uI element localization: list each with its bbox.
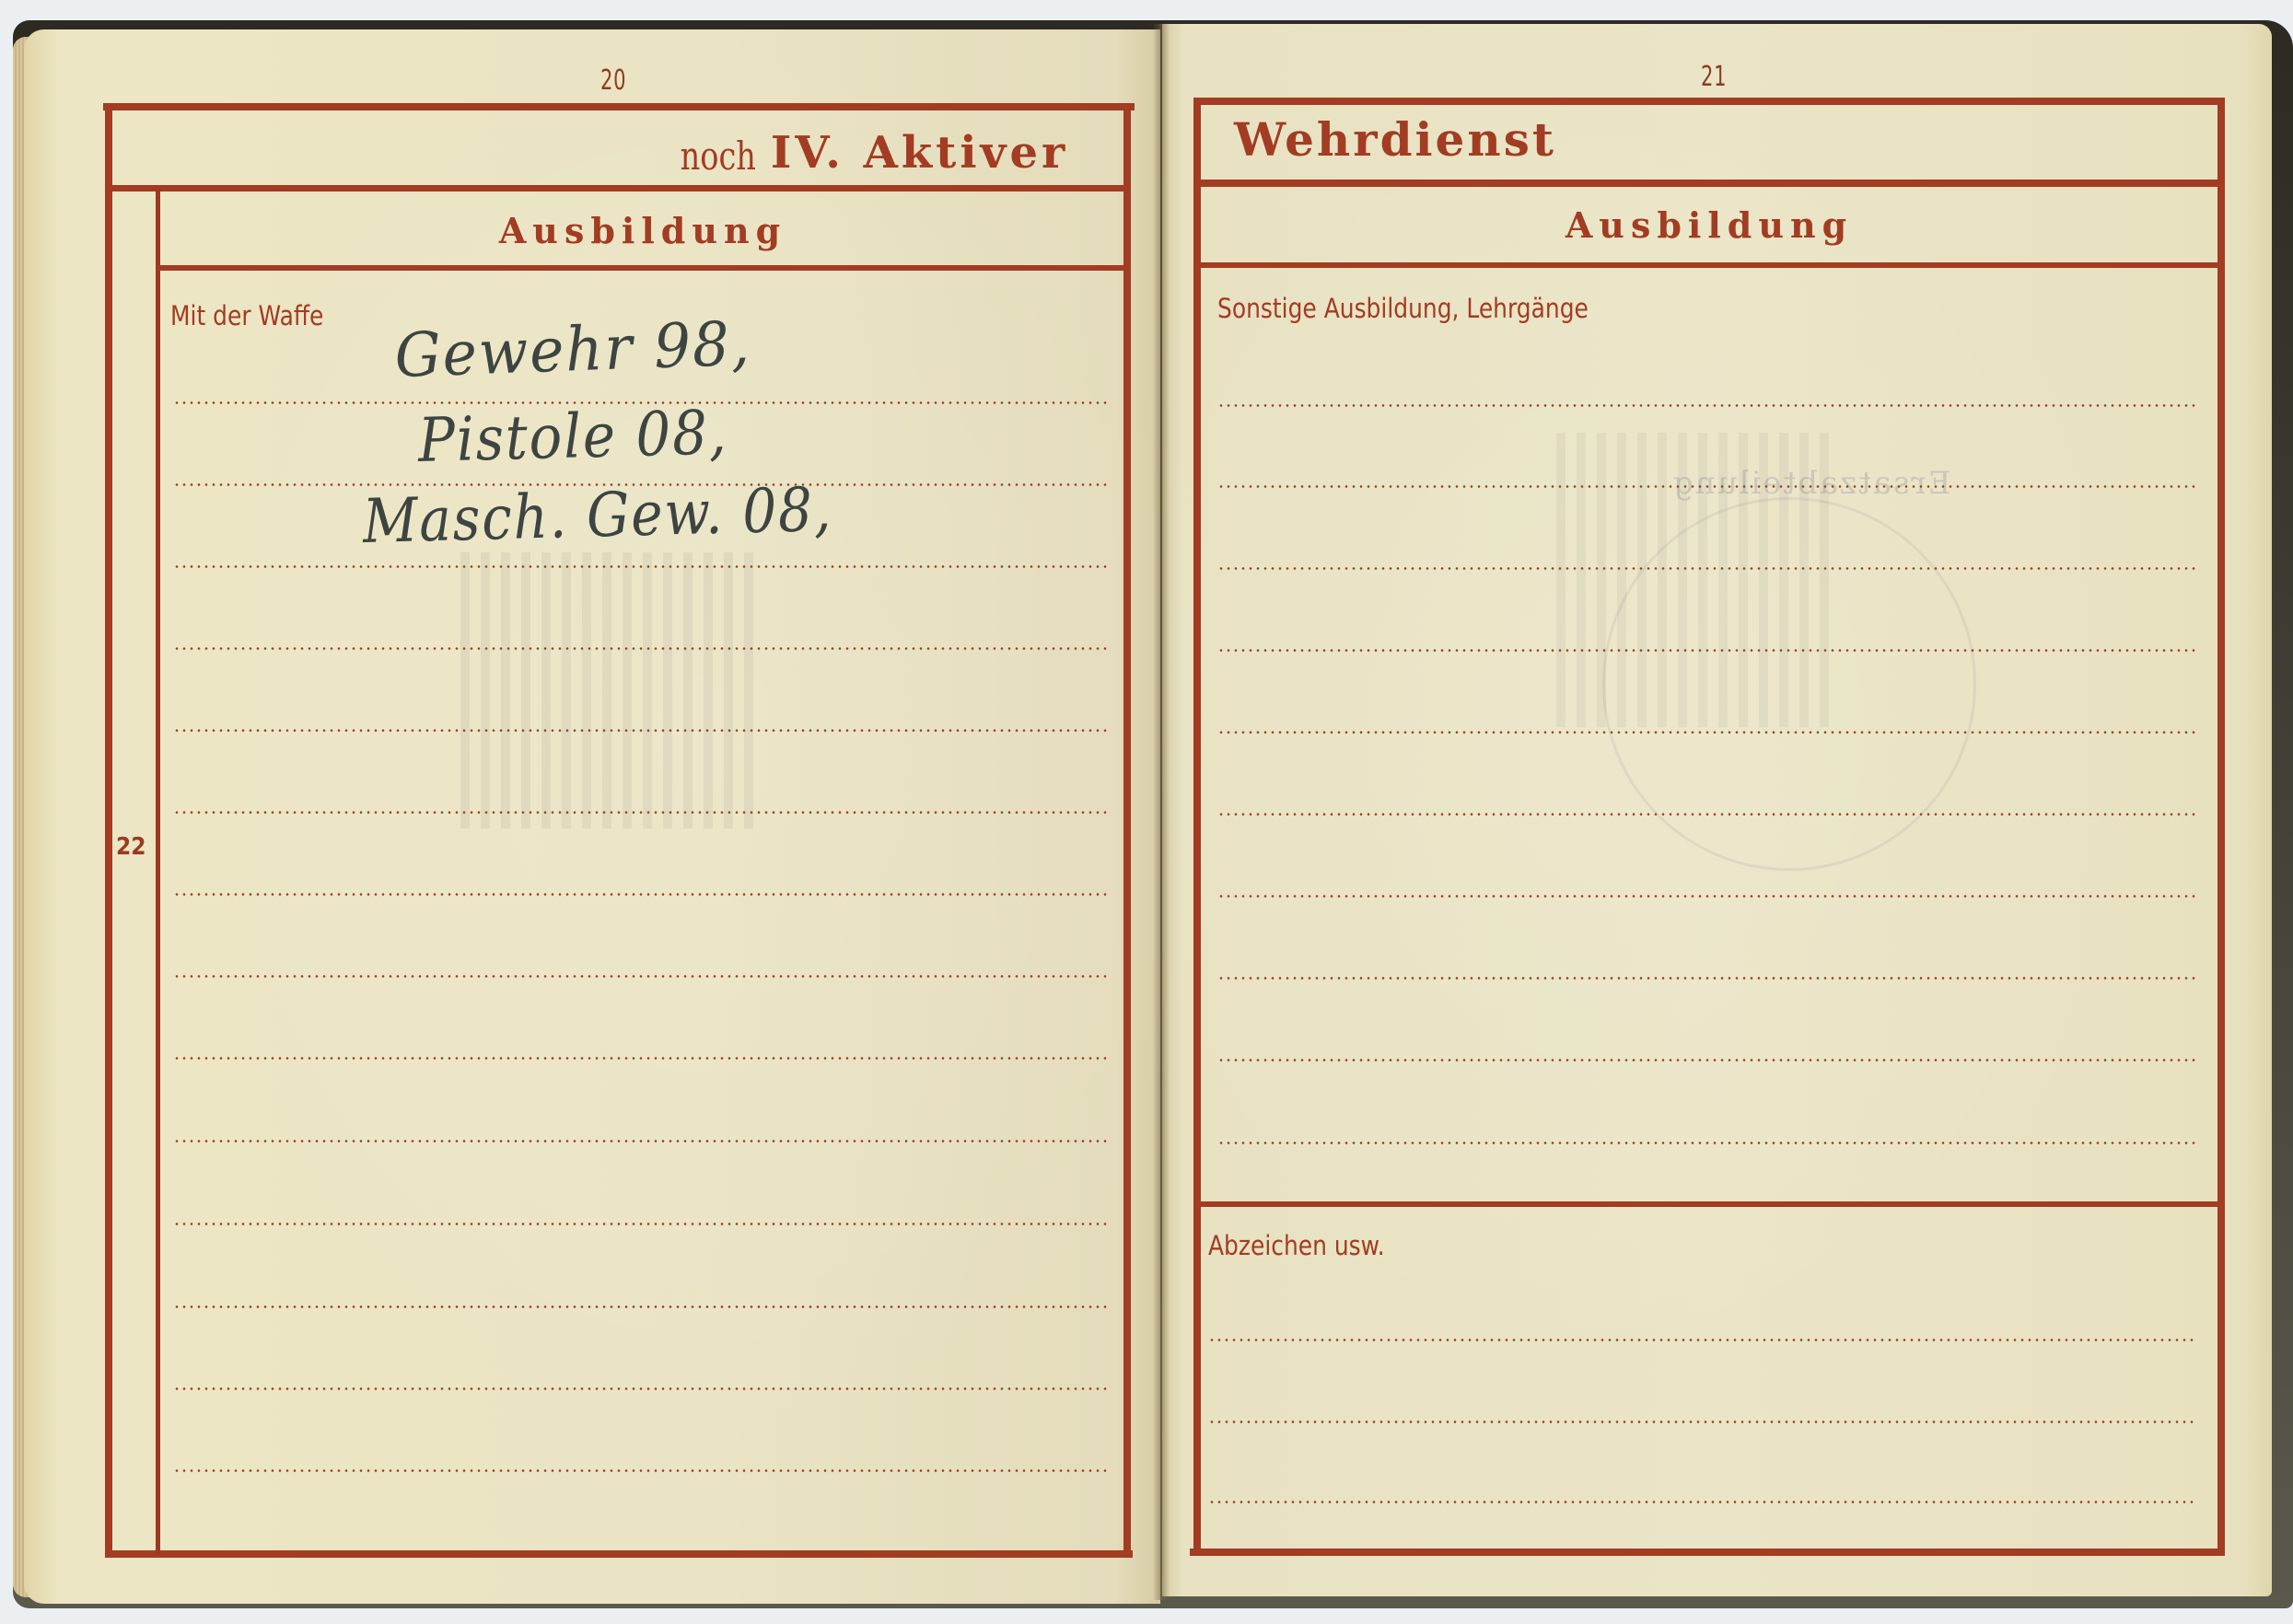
dotted-line[interactable] (173, 1387, 1111, 1390)
handwritten-entry: Gewehr 98, (393, 308, 751, 391)
bleed-through-emblem (1556, 433, 1833, 727)
right-header-divider (1197, 180, 2221, 187)
left-section-title: Ausbildung (157, 210, 1129, 251)
field-label-other-training: Sonstige Ausbildung, Lehrgänge (1217, 293, 1589, 324)
dotted-line[interactable] (1217, 731, 2199, 734)
dotted-line[interactable] (173, 1223, 1111, 1225)
page-number-left: 20 (600, 64, 626, 97)
right-section-title: Ausbildung (1197, 204, 2221, 246)
right-field-divider (1197, 1201, 2221, 1207)
dotted-line[interactable] (173, 893, 1111, 896)
header-title: IV. Aktiver (771, 127, 1068, 179)
dotted-line[interactable] (1217, 649, 2199, 652)
dotted-line[interactable] (173, 975, 1111, 978)
dotted-line[interactable] (1217, 813, 2199, 816)
dotted-line[interactable] (173, 1305, 1111, 1308)
right-frame-top (1201, 98, 2225, 105)
left-frame-top (103, 103, 1135, 110)
handwritten-entry: Masch. Gew. 08, (362, 474, 833, 557)
dotted-line[interactable] (1217, 404, 2199, 407)
left-inner-vertical (156, 190, 160, 1554)
left-frame-right (1123, 103, 1131, 1556)
dotted-line[interactable] (173, 1140, 1111, 1143)
right-frame-left (1193, 98, 1201, 1556)
left-header-title: noch IV. Aktiver (661, 118, 1068, 179)
dotted-line[interactable] (173, 1057, 1111, 1060)
dotted-line[interactable] (1217, 1059, 2199, 1061)
bleed-through-emblem (460, 552, 764, 829)
page-number-right: 21 (1701, 61, 1727, 93)
dotted-line[interactable] (1217, 977, 2199, 980)
left-frame-bottom (105, 1550, 1133, 1558)
left-frame-left (105, 103, 112, 1558)
right-header-title: Wehrdienst (1234, 112, 1556, 167)
header-prefix: noch (681, 133, 756, 179)
right-section-divider (1197, 262, 2221, 268)
dotted-line[interactable] (1217, 485, 2199, 488)
dotted-line[interactable] (1217, 567, 2199, 570)
right-frame-right (2217, 98, 2225, 1556)
side-marker: 22 (116, 833, 146, 861)
dotted-line[interactable] (173, 1469, 1111, 1472)
dotted-line[interactable] (1208, 1421, 2194, 1423)
field-label-badges: Abzeichen usw. (1208, 1230, 1385, 1261)
dotted-line[interactable] (1217, 1142, 2199, 1144)
right-frame-bottom (1190, 1549, 2225, 1556)
dotted-line[interactable] (1208, 1339, 2194, 1341)
dotted-line[interactable] (1217, 895, 2199, 898)
left-header-divider (105, 185, 1129, 191)
dotted-line[interactable] (1208, 1501, 2194, 1503)
handwritten-entry: Pistole 08, (417, 397, 728, 476)
left-section-divider (157, 265, 1129, 271)
field-label-weapons: Mit der Waffe (170, 300, 323, 331)
book-gutter (1153, 24, 1170, 1600)
